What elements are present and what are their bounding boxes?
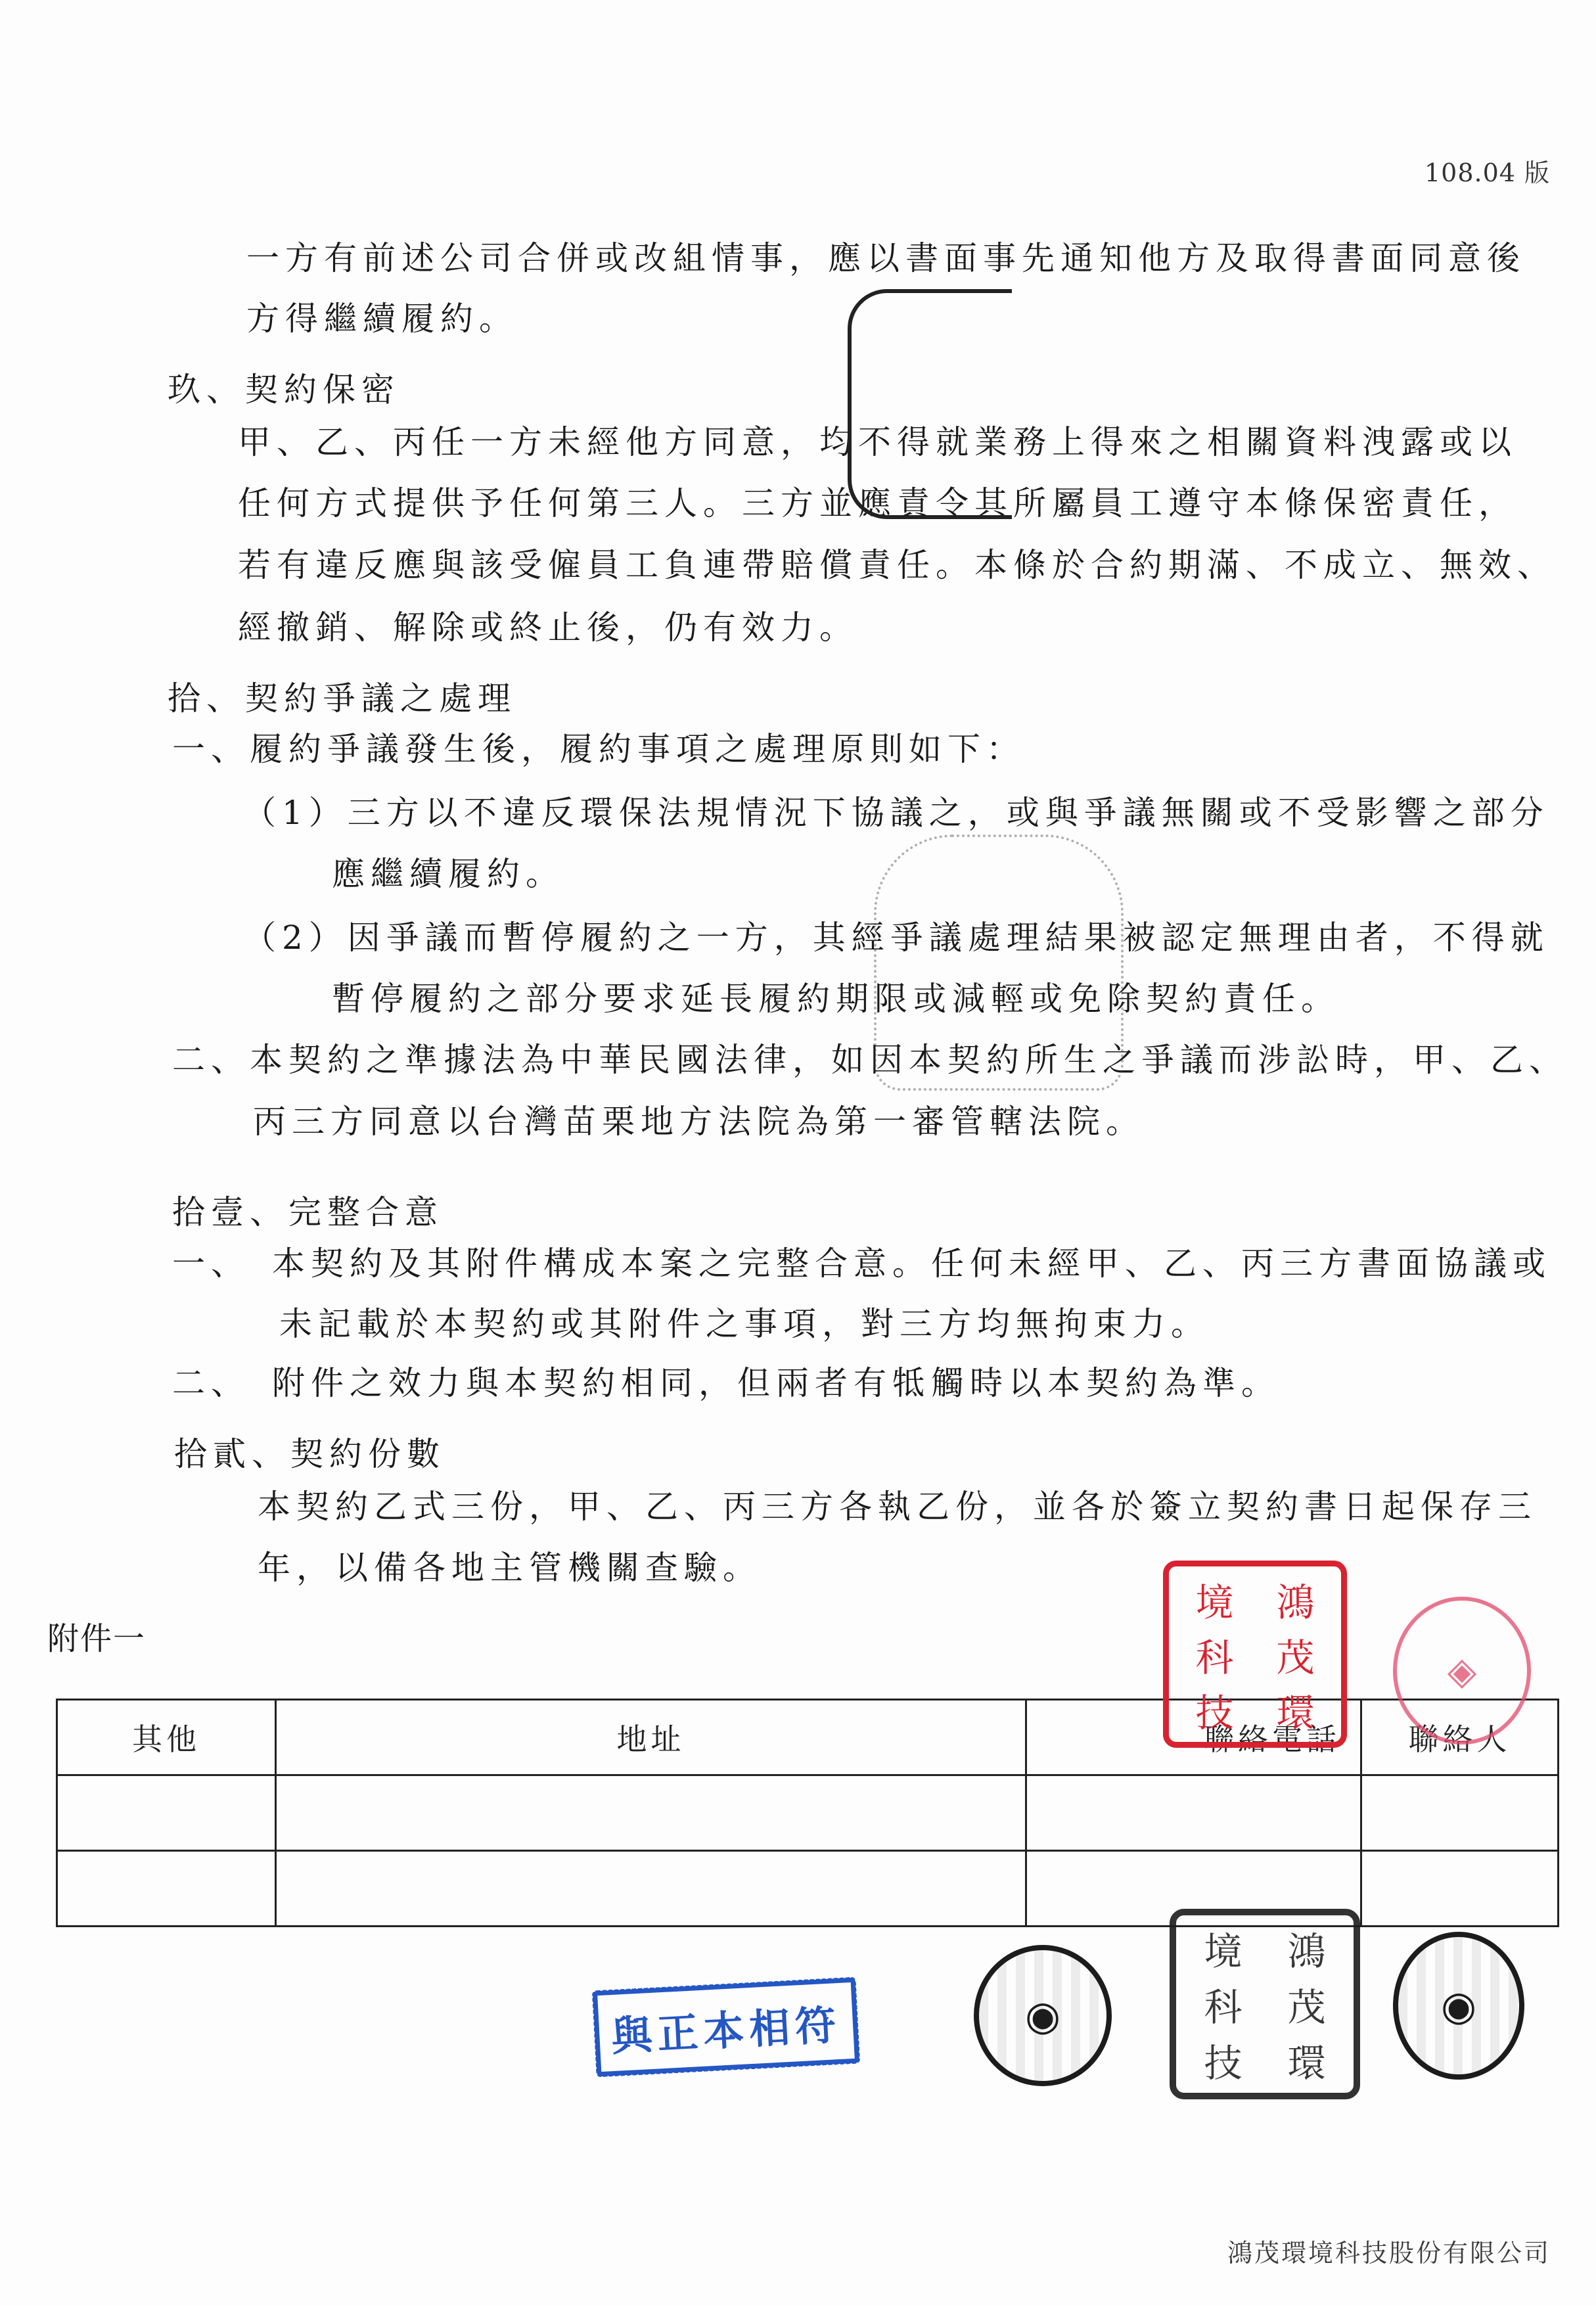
faint-dotted-seal-icon — [874, 834, 1124, 1091]
certified-copy-stamp: 與正本相符 — [593, 1978, 859, 2077]
seal-char: 鴻 — [1265, 1921, 1348, 1976]
table-cell[interactable] — [1361, 1851, 1559, 1927]
column-header-other: 其他 — [57, 1700, 276, 1775]
paragraph-line: 暫停履約之部分要求延長履約期限或減輕或免除契約責任。 — [332, 982, 1340, 1015]
paragraph-line: 年，以備各地主管機關查驗。 — [258, 1551, 762, 1584]
paragraph-line: 一方有前述公司合併或改組情事，應以書面事先通知他方及取得書面同意後 — [246, 242, 1526, 275]
seal-char: 環 — [1265, 2032, 1348, 2088]
section-heading: 拾、契約爭議之處理 — [168, 672, 516, 719]
table-cell[interactable] — [276, 1775, 1026, 1851]
column-header-address: 地址 — [276, 1700, 1026, 1775]
paragraph-line: 一、履約爭議發生後，履約事項之處理原則如下： — [172, 733, 1025, 765]
table-cell[interactable] — [57, 1851, 276, 1927]
personal-seal-black-left-icon: ◉ — [974, 1945, 1112, 2086]
version-label: 108.04 版 — [1425, 152, 1550, 189]
seal-char: 技 — [1174, 1682, 1255, 1737]
table-cell[interactable] — [1026, 1775, 1361, 1851]
section-heading: 拾壹、完整合意 — [172, 1186, 444, 1233]
company-seal-red-icon: 境 鴻 科 茂 技 環 — [1163, 1561, 1347, 1748]
paragraph-line: 未記載於本契約或其附件之事項，對三方均無拘束力。 — [279, 1308, 1210, 1340]
seal-char: 鴻 — [1255, 1572, 1336, 1627]
section-heading: 拾貳、契約份數 — [174, 1428, 445, 1475]
paragraph-line: 二、 附件之效力與本契約相同，但兩者有牴觸時以本契約為準。 — [172, 1367, 1280, 1400]
paragraph-line: 應繼續履約。 — [332, 857, 564, 890]
paragraph-line: 一、 本契約及其附件構成本案之完整合意。任何未經甲、乙、丙三方書面協議或 — [172, 1247, 1551, 1280]
section-heading: 玖、契約保密 — [168, 363, 400, 411]
footer-company-name: 鴻茂環境科技股份有限公司 — [1227, 2233, 1551, 2269]
paragraph-line: 丙三方同意以台灣苗栗地方法院為第一審管轄法院。 — [253, 1105, 1145, 1138]
seal-char: 境 — [1181, 1921, 1265, 1976]
table-cell[interactable] — [276, 1851, 1026, 1927]
paragraph-line: 二、本契約之準據法為中華民國法律，如因本契約所生之爭議而涉訟時，甲、乙、 — [172, 1043, 1568, 1076]
table-cell[interactable] — [57, 1775, 276, 1851]
paragraph-line: 本契約乙式三份，甲、乙、丙三方各執乙份，並各於簽立契約書日起保存三 — [258, 1490, 1537, 1523]
seal-char: 境 — [1174, 1572, 1255, 1627]
seal-char: 環 — [1255, 1682, 1336, 1737]
seal-char: 茂 — [1255, 1627, 1336, 1682]
seal-char: 科 — [1181, 1976, 1265, 2032]
paragraph-line: （1）三方以不違反環保法規情況下協議之，或與爭議無關或不受影響之部分 — [243, 796, 1549, 829]
seal-char: 茂 — [1265, 1976, 1348, 2032]
seal-char: 科 — [1174, 1627, 1255, 1682]
seal-char: 技 — [1181, 2032, 1265, 2088]
personal-seal-red-icon: ◈ — [1393, 1597, 1531, 1745]
paragraph-line: 若有違反應與該受僱員工負連帶賠償責任。本條於合約期滿、不成立、無效、 — [238, 549, 1556, 582]
attachment-label: 附件一 — [47, 1613, 146, 1658]
faint-seal-top-icon — [848, 289, 1012, 519]
table-row — [57, 1775, 1559, 1851]
personal-seal-black-right-icon: ◉ — [1393, 1932, 1524, 2080]
paragraph-line: 方得繼續履約。 — [246, 302, 518, 335]
table-cell[interactable] — [1361, 1775, 1559, 1851]
paragraph-line: 經撤銷、解除或終止後，仍有效力。 — [238, 611, 858, 644]
company-seal-black-icon: 境 鴻 科 茂 技 環 — [1170, 1909, 1360, 2099]
